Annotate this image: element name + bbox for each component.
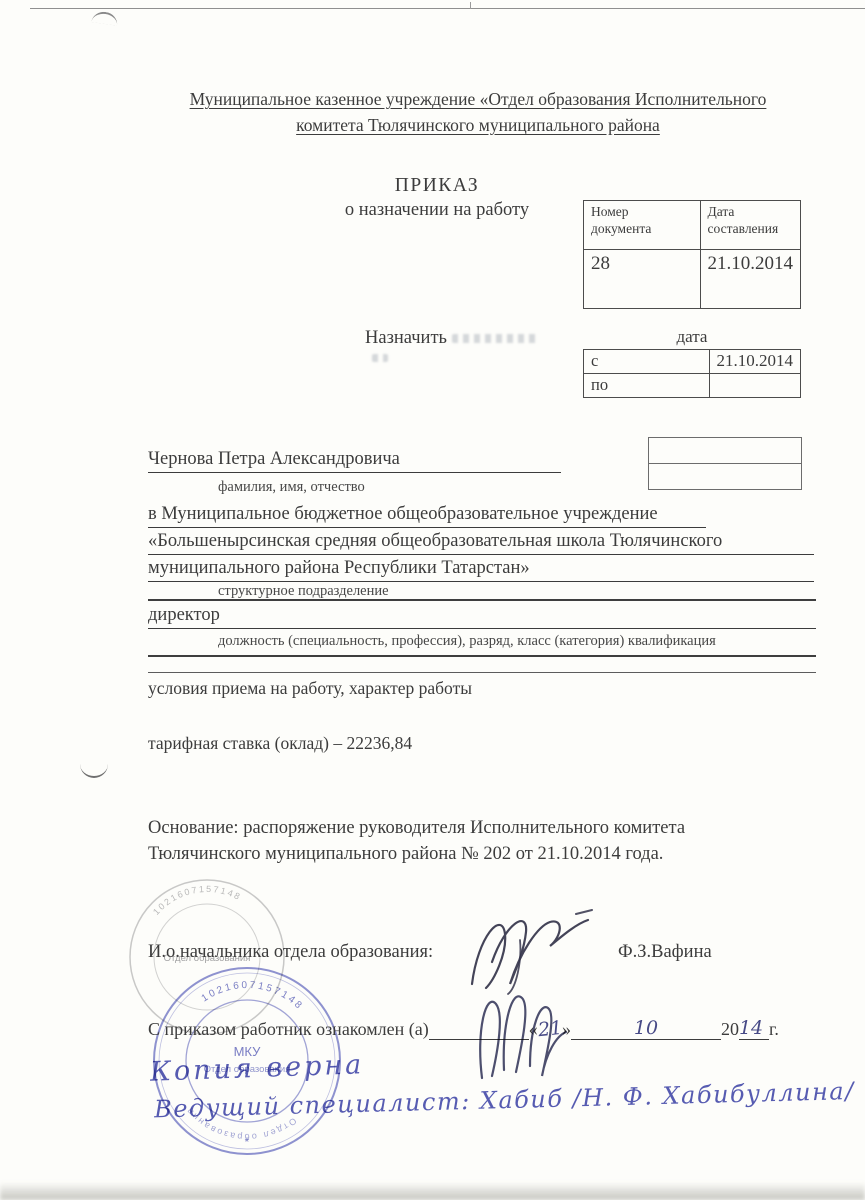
approval-title: И.о.начальника отдела образования: [148, 942, 433, 963]
order-subtitle: о назначении на работу [278, 200, 596, 221]
empty-code-box [648, 437, 802, 490]
month-blank: 10 [571, 1017, 721, 1040]
scan-artifact [470, 2, 471, 9]
structural-unit-caption: структурное подразделение [218, 583, 389, 600]
blue-stamp-reg-number: 1021607157148 [200, 980, 306, 1013]
handwritten-month: 10 [634, 1017, 658, 1039]
header-line-2: комитета Тюлячинского муниципального рай… [296, 115, 660, 135]
employee-name-caption: фамилия, имя, отчество [218, 479, 365, 496]
date-from-label: с [584, 350, 710, 374]
employee-name: Чернова Петра Александровича [148, 449, 561, 473]
divider [649, 463, 801, 464]
organization-line-1: в Муниципальное бюджетное общеобразовате… [148, 502, 706, 528]
scan-artifact [452, 334, 538, 343]
table-row: с 21.10.2014 [584, 350, 801, 374]
date-from-value: 21.10.2014 [709, 350, 801, 374]
year-prefix: 20 [721, 1019, 739, 1040]
scanned-order-document: Муниципальное казенное учреждение «Отдел… [0, 0, 865, 1200]
divider [148, 599, 816, 601]
date-to-value [709, 374, 801, 398]
handwritten-year-suffix: 14 [739, 1017, 769, 1040]
doc-date-value: 21.10.2014 [700, 250, 801, 309]
acknowledgement-prefix: С приказом работник ознакомлен (а) [148, 1019, 429, 1040]
organization-block: в Муниципальное бюджетное общеобразовате… [148, 502, 814, 583]
scan-artifact [91, 10, 118, 26]
doc-number-header: Номер документа [584, 201, 701, 250]
document-header: Муниципальное казенное учреждение «Отдел… [140, 86, 816, 138]
signature-employee-icon [458, 978, 578, 1088]
table-row: 28 21.10.2014 [584, 250, 801, 309]
year-label: г. [769, 1019, 779, 1040]
basis-line-2: Тюлячинского муниципального района № 202… [148, 841, 796, 867]
document-number-table: Номер документа Дата составления 28 21.1… [583, 200, 801, 309]
date-caption: дата [583, 327, 801, 347]
order-title-block: ПРИКАЗ о назначении на работу [278, 175, 596, 221]
position-caption: должность (специальность, профессия), ра… [218, 633, 818, 650]
organization-line-3: муниципального района Республики Татарст… [148, 556, 814, 582]
doc-number-value: 28 [584, 250, 701, 309]
basis-line-1: Основание: распоряжение руководителя Исп… [148, 815, 796, 841]
salary-line: тарифная ставка (оклад) – 22236,84 [148, 733, 412, 754]
date-to-label: по [584, 374, 710, 398]
approval-signer-name: Ф.З.Вафина [618, 942, 712, 963]
svg-text:1021607157148: 1021607157148 [200, 980, 306, 1013]
svg-text:1021607157148: 1021607157148 [151, 884, 243, 917]
blue-stamp-star: * [245, 1135, 250, 1149]
assignment-date-table: с 21.10.2014 по [583, 349, 801, 398]
scan-edge-line [30, 8, 865, 9]
conditions-caption: условия приема на работу, характер работ… [148, 678, 472, 699]
table-row: Номер документа Дата составления [584, 201, 801, 250]
divider [148, 655, 816, 657]
organization-line-2: «Большенырсинская средняя общеобразовате… [148, 529, 814, 555]
basis-block: Основание: распоряжение руководителя Исп… [148, 815, 796, 867]
scan-edge-shadow [0, 1182, 865, 1200]
divider [148, 672, 816, 673]
grey-stamp-reg-number: 1021607157148 [151, 884, 243, 917]
scan-artifact [372, 354, 388, 362]
scan-artifact [80, 764, 108, 778]
header-line-1: Муниципальное казенное учреждение «Отдел… [190, 89, 767, 109]
table-row: по [584, 374, 801, 398]
position-value: директор [148, 605, 816, 629]
assign-action-label: Назначить [365, 328, 447, 349]
doc-date-header: Дата составления [700, 201, 801, 250]
order-title: ПРИКАЗ [278, 175, 596, 197]
